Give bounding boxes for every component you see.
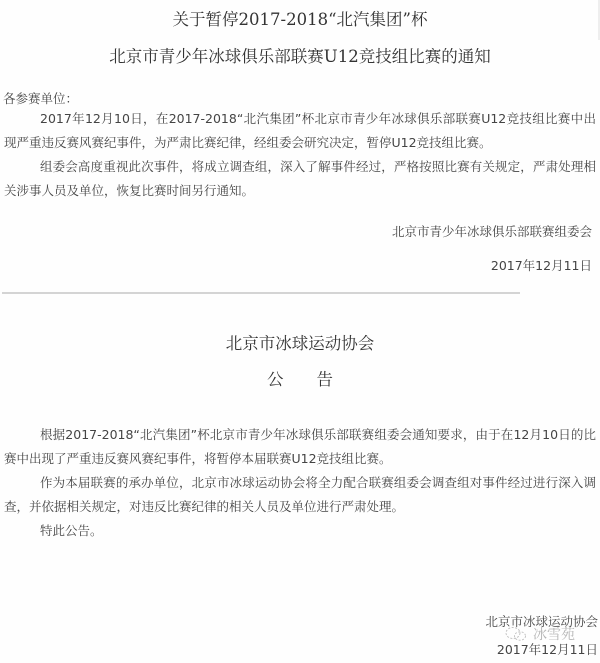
notice1-paragraph-1: 2017年12月10日，在2017-2018“北汽集团”杯北京市青少年冰球俱乐部… [4,107,596,155]
notice1-salutation: 各参赛单位： [3,89,78,107]
notice2-paragraph-1: 根据2017-2018“北汽集团”杯北京市青少年冰球俱乐部联赛组委会通知要求，由… [4,423,596,471]
notice2-paragraph-3: 特此公告。 [4,519,596,543]
notice1-signature: 北京市青少年冰球俱乐部联赛组委会 [392,222,592,240]
watermark: 冰雪苑 [505,624,595,646]
wechat-logo-icon [505,626,527,642]
watermark-text: 冰雪苑 [533,624,575,644]
notice2-doc-type: 公 告 [0,366,600,390]
section-divider [2,292,520,294]
notice1-date: 2017年12月11日 [491,256,592,274]
notice1-paragraph-2: 组委会高度重视此次事件，将成立调查组，深入了解事件经过，严格按照比赛有关规定，严… [4,155,596,203]
notice1-title-line2: 北京市青少年冰球俱乐部联赛U12竞技组比赛的通知 [0,43,600,67]
document-page: 关于暂停2017-2018“北汽集团”杯 北京市青少年冰球俱乐部联赛U12竞技组… [0,0,600,663]
notice1-title-line1: 关于暂停2017-2018“北汽集团”杯 [0,6,600,30]
notice2-paragraph-2: 作为本届联赛的承办单位，北京市冰球运动协会将全力配合联赛组委会调查组对事件经过进… [4,471,596,519]
notice2-org-title: 北京市冰球运动协会 [0,330,600,354]
